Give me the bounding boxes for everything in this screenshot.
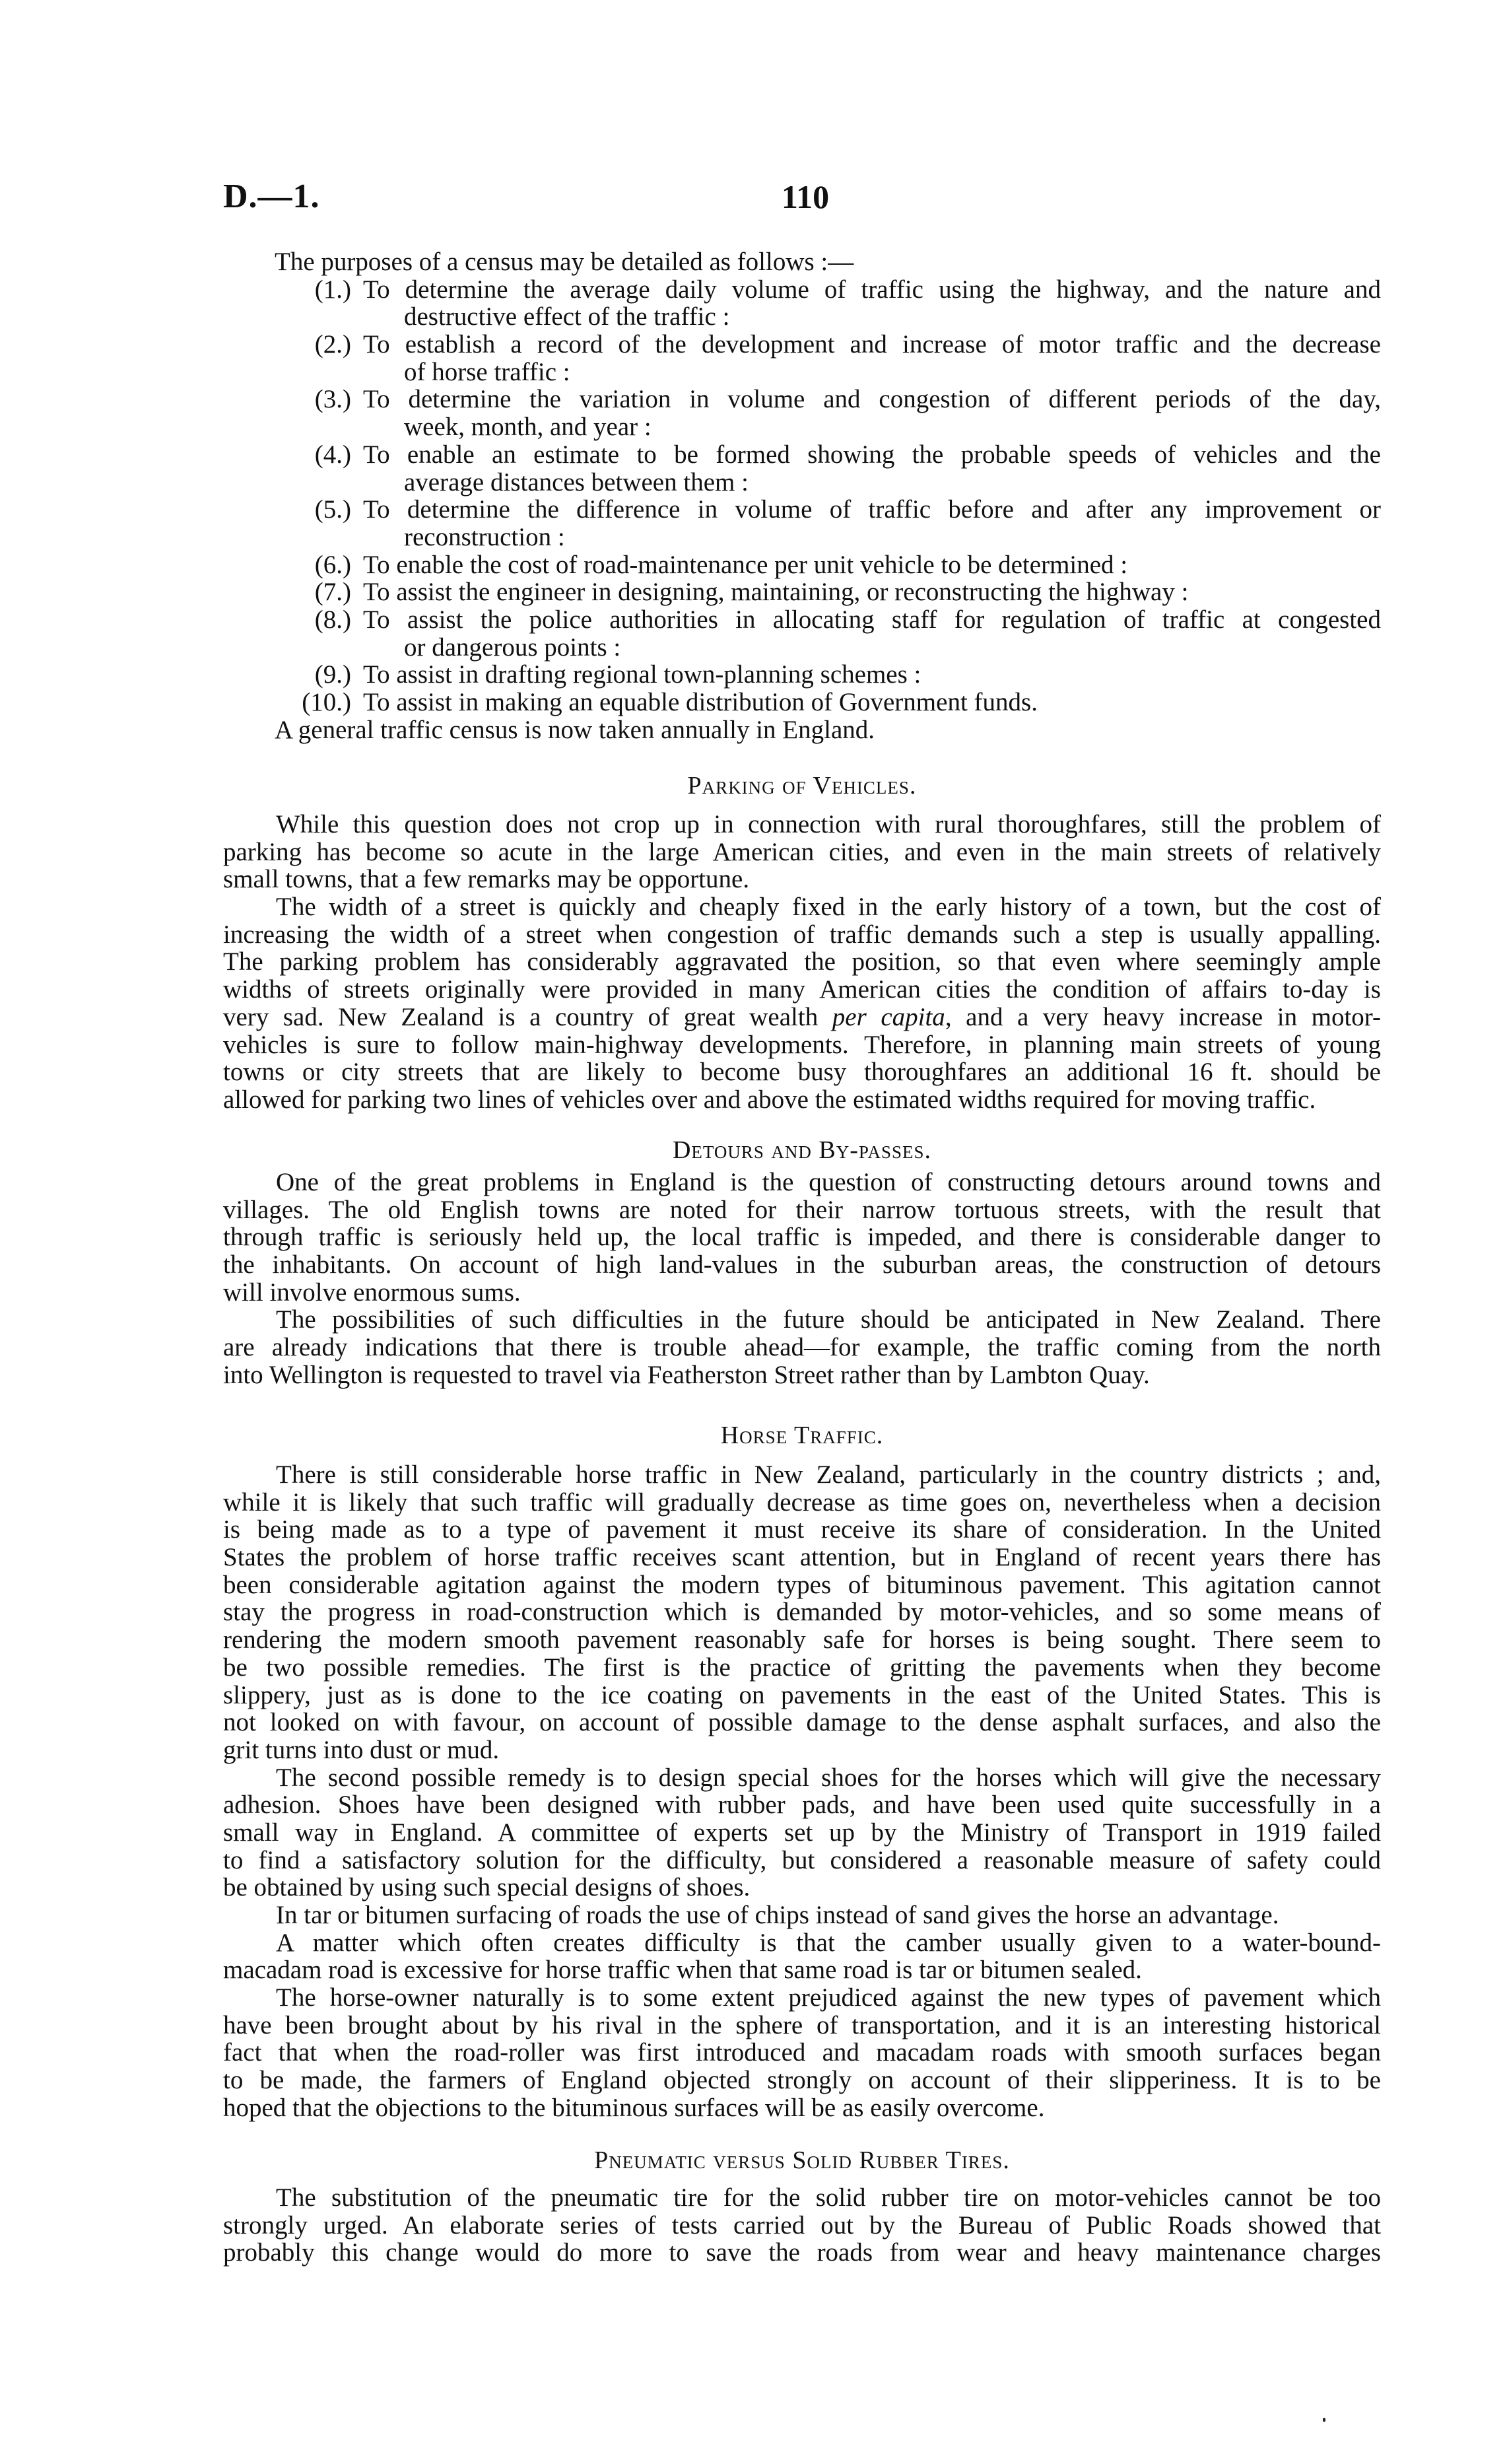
text-line: allowed for parking two lines of vehicle… <box>223 1086 1381 1114</box>
text-line: probably this change would do more to sa… <box>223 2239 1381 2267</box>
text-line: are already indications that there is tr… <box>223 1334 1381 1361</box>
text-line: States the problem of horse traffic rece… <box>223 1544 1381 1571</box>
text-line: stay the progress in road-construction w… <box>223 1598 1381 1626</box>
list-number: (6.) <box>223 551 363 579</box>
paragraph: The possibilities of such difficulties i… <box>223 1306 1381 1388</box>
purpose-item-first-line: (3.)To determine the variation in volume… <box>223 386 1381 413</box>
paragraph: There is still considerable horse traffi… <box>223 1461 1381 1764</box>
paragraph: The horse-owner naturally is to some ext… <box>223 1984 1381 2121</box>
document-reference: D.—1. <box>223 177 320 217</box>
purpose-item-first-line: (1.)To determine the average daily volum… <box>223 276 1381 304</box>
text-line: into Wellington is requested to travel v… <box>223 1361 1381 1389</box>
text-line: The possibilities of such difficulties i… <box>223 1306 1381 1334</box>
text-line: the inhabitants. On account of high land… <box>223 1251 1381 1279</box>
text-line: not looked on with favour, on account of… <box>223 1709 1381 1736</box>
scan-speck <box>1323 2418 1325 2422</box>
text-line: The second possible remedy is to design … <box>223 1764 1381 1792</box>
purpose-item: (8.)To assist the police authorities in … <box>223 606 1381 661</box>
list-continuation: of horse traffic : <box>223 359 1381 386</box>
section-pneumatic-vs-solid-tires: The substitution of the pneumatic tire f… <box>223 2184 1381 2267</box>
text-line: The horse-owner naturally is to some ext… <box>223 1984 1381 2012</box>
page-number: 110 <box>752 177 858 217</box>
text-line: to find a satisfactory solution for the … <box>223 1847 1381 1874</box>
text-line: is being made as to a type of pavement i… <box>223 1516 1381 1544</box>
purpose-list: (1.)To determine the average daily volum… <box>223 276 1381 716</box>
paragraph: In tar or bitumen surfacing of roads the… <box>223 1901 1381 1929</box>
section-horse-traffic: There is still considerable horse traffi… <box>223 1461 1381 2122</box>
text-line: macadam road is excessive for horse traf… <box>223 1956 1381 1984</box>
text-line: will involve enormous sums. <box>223 1279 1381 1307</box>
purpose-item-first-line: (5.)To determine the difference in volum… <box>223 496 1381 524</box>
text-line: The parking problem has considerably agg… <box>223 948 1381 976</box>
list-continuation: average distances between them : <box>223 469 1381 496</box>
text-line: villages. The old English towns are note… <box>223 1196 1381 1224</box>
text-line: towns or city streets that are likely to… <box>223 1058 1381 1086</box>
text-line: been considerable agitation against the … <box>223 1571 1381 1599</box>
purpose-item-first-line: (4.)To enable an estimate to be formed s… <box>223 441 1381 469</box>
list-continuation: destructive effect of the traffic : <box>223 303 1381 331</box>
paragraph: One of the great problems in England is … <box>223 1169 1381 1306</box>
list-number: (7.) <box>223 578 363 606</box>
section-detours-and-bypasses: One of the great problems in England is … <box>223 1169 1381 1389</box>
list-text: To enable an estimate to be formed showi… <box>363 441 1381 469</box>
list-continuation: or dangerous points : <box>223 634 1381 662</box>
heading-parking-of-vehicles: Parking of Vehicles. <box>223 771 1381 800</box>
text-line: There is still considerable horse traffi… <box>223 1461 1381 1489</box>
purpose-item-first-line: (6.)To enable the cost of road-maintenan… <box>223 551 1381 579</box>
intro-lead: The purposes of a census may be detailed… <box>223 248 1381 276</box>
heading-horse-traffic: Horse Traffic. <box>223 1421 1381 1450</box>
paragraph: A matter which often creates difficulty … <box>223 1929 1381 1984</box>
text-line: A matter which often creates difficulty … <box>223 1929 1381 1957</box>
list-text: To assist in drafting regional town-plan… <box>363 661 1381 689</box>
list-text: To establish a record of the development… <box>363 331 1381 359</box>
text-line: One of the great problems in England is … <box>223 1169 1381 1196</box>
purpose-item-first-line: (2.)To establish a record of the develop… <box>223 331 1381 359</box>
text-line: adhesion. Shoes have been designed with … <box>223 1791 1381 1819</box>
text-line: rendering the modern smooth pavement rea… <box>223 1626 1381 1654</box>
text-line: hoped that the objections to the bitumin… <box>223 2094 1381 2122</box>
text-line: parking has become so acute in the large… <box>223 838 1381 866</box>
purpose-item: (1.)To determine the average daily volum… <box>223 276 1381 331</box>
purpose-item: (4.)To enable an estimate to be formed s… <box>223 441 1381 496</box>
text-line: increasing the width of a street when co… <box>223 921 1381 949</box>
purpose-item: (5.)To determine the difference in volum… <box>223 496 1381 551</box>
paragraph: The substitution of the pneumatic tire f… <box>223 2184 1381 2267</box>
list-number: (4.) <box>223 441 363 469</box>
text-line: small way in England. A committee of exp… <box>223 1819 1381 1847</box>
text-line: through traffic is seriously held up, th… <box>223 1223 1381 1251</box>
text-line: grit turns into dust or mud. <box>223 1736 1381 1764</box>
purpose-item-first-line: (7.)To assist the engineer in designing,… <box>223 578 1381 606</box>
text-line: vehicles is sure to follow main-highway … <box>223 1031 1381 1059</box>
list-continuation: week, month, and year : <box>223 413 1381 441</box>
purpose-item: (6.)To enable the cost of road-maintenan… <box>223 551 1381 579</box>
section-parking-of-vehicles: While this question does not crop up in … <box>223 811 1381 1114</box>
purpose-item: (2.)To establish a record of the develop… <box>223 331 1381 386</box>
paragraph: The width of a street is quickly and che… <box>223 893 1381 1114</box>
list-number: (2.) <box>223 331 363 359</box>
list-text: To assist in making an equable distribut… <box>363 689 1381 716</box>
page-header: D.—1. 110 <box>0 177 1505 217</box>
purpose-item-first-line: (10.)To assist in making an equable dist… <box>223 689 1381 716</box>
purpose-item: (10.)To assist in making an equable dist… <box>223 689 1381 716</box>
list-number: (10.) <box>223 689 363 716</box>
text-line: while it is likely that such traffic wil… <box>223 1489 1381 1517</box>
purpose-item: (3.)To determine the variation in volume… <box>223 386 1381 440</box>
text-line: The substitution of the pneumatic tire f… <box>223 2184 1381 2212</box>
italic-phrase: per capita <box>832 1003 945 1031</box>
list-number: (5.) <box>223 496 363 524</box>
census-purposes: The purposes of a census may be detailed… <box>223 248 1381 743</box>
paragraph: The second possible remedy is to design … <box>223 1764 1381 1901</box>
list-number: (1.) <box>223 276 363 304</box>
text-line: be two possible remedies. The first is t… <box>223 1654 1381 1682</box>
purpose-item: (7.)To assist the engineer in designing,… <box>223 578 1381 606</box>
purpose-item-first-line: (8.)To assist the police authorities in … <box>223 606 1381 634</box>
heading-pneumatic-vs-solid-tires: Pneumatic versus Solid Rubber Tires. <box>223 2146 1381 2175</box>
list-text: To enable the cost of road-maintenance p… <box>363 551 1381 579</box>
purpose-item: (9.)To assist in drafting regional town-… <box>223 661 1381 689</box>
list-text: To determine the variation in volume and… <box>363 386 1381 413</box>
list-continuation: reconstruction : <box>223 524 1381 551</box>
text-line: to be made, the farmers of England objec… <box>223 2067 1381 2094</box>
heading-detours-and-bypasses: Detours and By-passes. <box>223 1136 1381 1165</box>
text-line: The width of a street is quickly and che… <box>223 893 1381 921</box>
purpose-item-first-line: (9.)To assist in drafting regional town-… <box>223 661 1381 689</box>
paragraph: While this question does not crop up in … <box>223 811 1381 893</box>
text-line: widths of streets originally were provid… <box>223 976 1381 1004</box>
text-line: have been brought about by his rival in … <box>223 2012 1381 2039</box>
text-line: fact that when the road-roller was first… <box>223 2039 1381 2067</box>
intro-closing: A general traffic census is now taken an… <box>223 716 1381 744</box>
list-text: To assist the police authorities in allo… <box>363 606 1381 634</box>
text-line: very sad. New Zealand is a country of gr… <box>223 1004 1381 1031</box>
list-number: (3.) <box>223 386 363 413</box>
text-line: In tar or bitumen surfacing of roads the… <box>223 1901 1381 1929</box>
text-line: be obtained by using such special design… <box>223 1874 1381 1901</box>
list-text: To determine the average daily volume of… <box>363 276 1381 304</box>
list-text: To assist the engineer in designing, mai… <box>363 578 1381 606</box>
list-number: (9.) <box>223 661 363 689</box>
list-number: (8.) <box>223 606 363 634</box>
text-line: small towns, that a few remarks may be o… <box>223 866 1381 893</box>
text-line: While this question does not crop up in … <box>223 811 1381 838</box>
list-text: To determine the difference in volume of… <box>363 496 1381 524</box>
text-line: strongly urged. An elaborate series of t… <box>223 2212 1381 2240</box>
text-line: slippery, just as is done to the ice coa… <box>223 1682 1381 1709</box>
